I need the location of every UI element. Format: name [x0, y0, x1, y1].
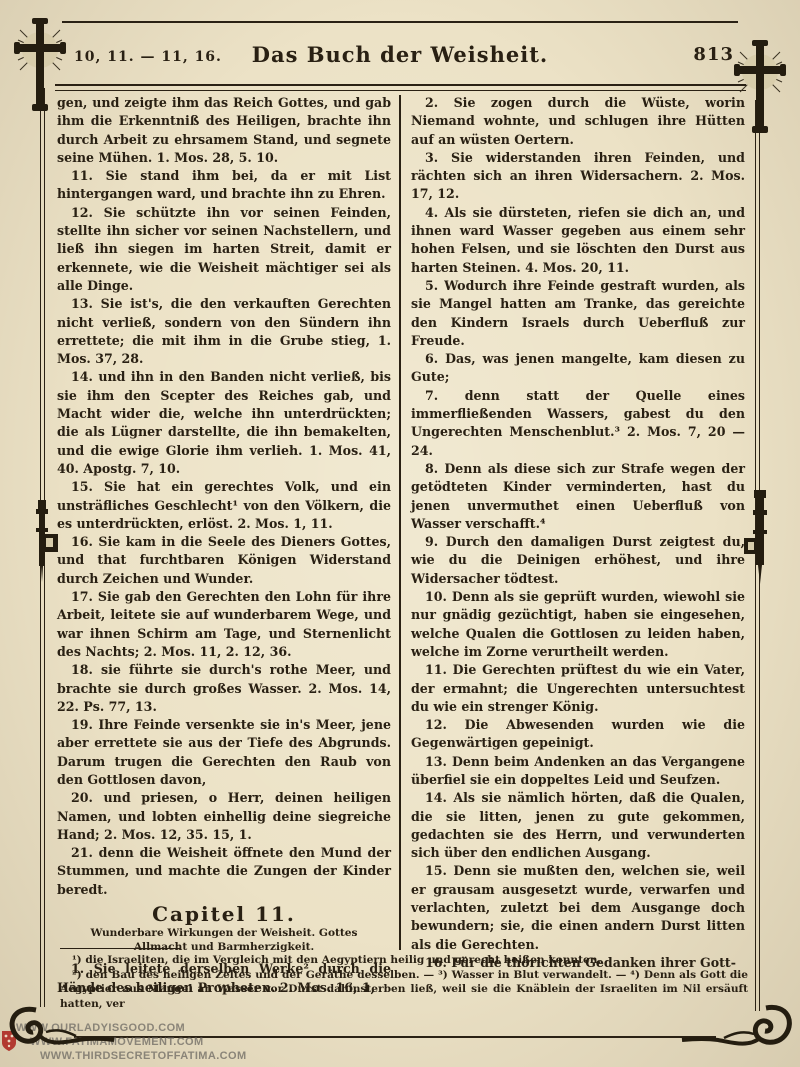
- verse-paragraph: ¹) die Israeliten, die im Vergleich mit …: [60, 953, 748, 968]
- page-number: 813: [693, 44, 734, 65]
- verse-paragraph: 21. denn die Weisheit öffnete den Mund d…: [57, 844, 391, 899]
- verse-paragraph: 9. Durch den damaligen Durst zeigtest du…: [411, 533, 745, 588]
- flourish-icon: [6, 1002, 116, 1066]
- verse-paragraph: 11. Die Gerechten prüftest du wie ein Va…: [411, 661, 745, 716]
- verse-paragraph: gen, und zeigte ihm das Reich Gottes, un…: [57, 94, 391, 167]
- verse-paragraph: 18. sie führte sie durch's rothe Meer, u…: [57, 661, 391, 716]
- key-icon: [24, 498, 60, 588]
- chapter-summary: Wunderbare Wirkungen der Weisheit. Gotte…: [63, 927, 385, 954]
- verse-paragraph: 14. Als sie nämlich hörten, daß die Qual…: [411, 789, 745, 862]
- right-column: 2. Sie zogen durch die Wüste, worin Niem…: [411, 94, 745, 950]
- page-header: 10, 11. — 11, 16. Das Buch der Weisheit.…: [62, 42, 738, 72]
- verse-paragraph: 5. Wodurch ihre Feinde gestraft wurden, …: [411, 277, 745, 350]
- verse-paragraph: 3. Sie widerstanden ihren Feinden, und r…: [411, 149, 745, 204]
- top-border-rule: [62, 21, 738, 23]
- verse-block: gen, und zeigte ihm das Reich Gottes, un…: [57, 94, 391, 899]
- verse-paragraph: 14. und ihn in den Banden nicht verließ,…: [57, 368, 391, 478]
- text-columns: gen, und zeigte ihm das Reich Gottes, un…: [57, 94, 745, 950]
- footnotes: ¹) die Israeliten, die im Vergleich mit …: [60, 953, 748, 1011]
- verse-paragraph: 12. Die Abwesenden wurden wie die Gegenw…: [411, 716, 745, 753]
- verse-paragraph: 12. Sie schützte ihn vor seinen Feinden,…: [57, 204, 391, 295]
- verse-paragraph: 20. und priesen, o Herr, deinen heiligen…: [57, 789, 391, 844]
- verse-paragraph: 8. Denn als diese sich zur Strafe wegen …: [411, 460, 745, 533]
- header-double-rule: [55, 84, 746, 91]
- verse-block: 2. Sie zogen durch die Wüste, worin Niem…: [411, 94, 745, 972]
- verse-paragraph: 2. Sie zogen durch die Wüste, worin Niem…: [411, 94, 745, 149]
- verse-paragraph: 13. Denn beim Andenken an das Vergangene…: [411, 753, 745, 790]
- verse-paragraph: 15. Sie hat ein gerechtes Volk, und ein …: [57, 478, 391, 533]
- left-column: gen, und zeigte ihm das Reich Gottes, un…: [57, 94, 391, 950]
- verse-paragraph: 17. Sie gab den Gerechten den Lohn für i…: [57, 588, 391, 661]
- verse-paragraph: ²) den Bau des heiligen Zeltes und der G…: [60, 968, 748, 1012]
- verse-paragraph: 11. Sie stand ihm bei, da er mit List hi…: [57, 167, 391, 204]
- verse-paragraph: 13. Sie ist's, die den verkauften Gerech…: [57, 295, 391, 368]
- page-title: Das Buch der Weisheit.: [62, 42, 738, 67]
- verse-paragraph: 4. Als sie dürsteten, riefen sie dich an…: [411, 204, 745, 277]
- key-icon: [742, 490, 778, 590]
- verse-paragraph: 10. Denn als sie geprüft wurden, wiewohl…: [411, 588, 745, 661]
- chapter-heading: Capitel 11. Wunderbare Wirkungen der Wei…: [57, 905, 391, 954]
- verse-paragraph: 7. denn statt der Quelle eines immerflie…: [411, 387, 745, 460]
- verse-paragraph: 6. Das, was jenen mangelte, kam diesen z…: [411, 350, 745, 387]
- verse-paragraph: 16. Sie kam in die Seele des Dieners Got…: [57, 533, 391, 588]
- verse-paragraph: 19. Ihre Feinde versenkte sie in's Meer,…: [57, 716, 391, 789]
- chapter-title: Capitel 11.: [57, 905, 391, 923]
- flourish-icon: [680, 998, 796, 1067]
- verse-paragraph: 15. Denn sie mußten den, welchen sie, we…: [411, 862, 745, 953]
